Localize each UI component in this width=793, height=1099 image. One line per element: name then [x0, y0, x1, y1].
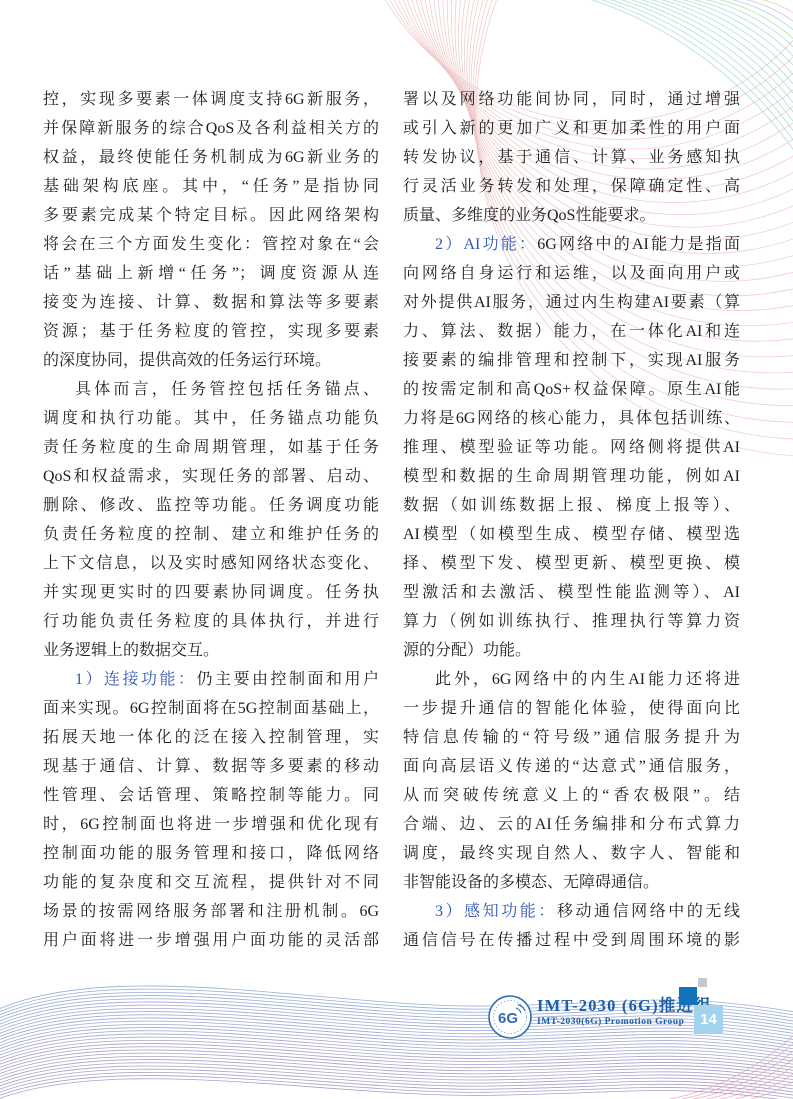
text-line: 数据（如训练数据上报、梯度上报等）、 [403, 491, 740, 520]
text-line: 的深度协同，提供高效的任务运行环境。 [43, 346, 379, 375]
text-line: 型激活和去激活、模型性能监测等）、AI [403, 578, 740, 607]
text-line: 模型和数据的生命周期管理功能，例如AI [403, 462, 740, 491]
section-heading-text: 3）感知功能： [435, 903, 557, 920]
section-heading-text: 2）AI功能： [435, 236, 537, 253]
text-line: 并保障新服务的综合QoS及各利益相关方的 [43, 114, 379, 143]
text-line: 从而突破传统意义上的“香农极限”。结 [403, 781, 740, 810]
text-line: 质量、多维度的业务QoS性能要求。 [403, 201, 740, 230]
text-line: 性管理、会话管理、策略控制等能力。同 [43, 781, 379, 810]
text-line: 时，6G控制面也将进一步增强和优化现有 [43, 810, 379, 839]
gray-decor-square [698, 978, 707, 987]
text-line: 行灵活业务转发和处理，保障确定性、高 [403, 172, 740, 201]
text-line: 力将是6G网络的核心能力，具体包括训练、 [403, 404, 740, 433]
text-line: 用户面将进一步增强用户面功能的灵活部 [43, 926, 379, 955]
section-heading-text: 1）连接功能： [75, 671, 197, 688]
text-line: 署以及网络功能间协同，同时，通过增强 [403, 85, 740, 114]
right-text-column: 署以及网络功能间协同，同时，通过增强或引入新的更加广义和更加柔性的用户面转发协议… [403, 85, 740, 955]
text-line: 一步提升通信的智能化体验，使得面向比 [403, 694, 740, 723]
text-line: 接变为连接、计算、数据和算法等多要素 [43, 288, 379, 317]
text-line: 接要素的编排管理和控制下，实现AI服务 [403, 346, 740, 375]
text-line: 具体而言，任务管控包括任务锚点、 [43, 375, 379, 404]
page-number-badge: 14 [694, 1005, 723, 1034]
text-line: 源的分配）功能。 [403, 636, 740, 665]
text-line: 将会在三个方面发生变化：管控对象在“会 [43, 230, 379, 259]
text-line: 负责任务粒度的控制、建立和维护任务的 [43, 520, 379, 549]
text-line: 并实现更实时的四要素协同调度。任务执 [43, 578, 379, 607]
text-line: 调度，最终实现自然人、数字人、智能和 [403, 839, 740, 868]
text-line: 责任务粒度的生命周期管理，如基于任务 [43, 433, 379, 462]
text-line: 面来实现。6G控制面将在5G控制面基础上， [43, 694, 379, 723]
text-line: 控制面功能的服务管理和接口，降低网络 [43, 839, 379, 868]
text-line: 业务逻辑上的数据交互。 [43, 636, 379, 665]
paragraph-heading-line: 1）连接功能：仍主要由控制面和用户 [43, 665, 379, 694]
logo-6g-text: 6G [498, 1010, 518, 1027]
text-line: 多要素完成某个特定目标。因此网络架构 [43, 201, 379, 230]
text-line: 力、算法、数据）能力，在一体化AI和连 [403, 317, 740, 346]
document-page: 控，实现多要素一体调度支持6G新服务，并保障新服务的综合QoS及各利益相关方的权… [0, 0, 793, 1099]
text-line: 算力（例如训练执行、推理执行等算力资 [403, 607, 740, 636]
text-line: 现基于通信、计算、数据等多要素的移动 [43, 752, 379, 781]
text-line: 拓展天地一体化的泛在接入控制管理，实 [43, 723, 379, 752]
imt-2030-6g-logo-icon: 6G [487, 994, 533, 1040]
text-line: 面向高层语义传递的“达意式”通信服务， [403, 752, 740, 781]
text-line: 资源；基于任务粒度的管控，实现多要素 [43, 317, 379, 346]
text-line: 推理、模型验证等功能。网络侧将提供AI [403, 433, 740, 462]
text-line: 场景的按需网络服务部署和注册机制。6G [43, 897, 379, 926]
text-line: 或引入新的更加广义和更加柔性的用户面 [403, 114, 740, 143]
organization-name-english: IMT-2030(6G) Promotion Group [537, 1016, 712, 1029]
text-line: 此外，6G网络中的内生AI能力还将进 [403, 665, 740, 694]
text-line: 权益，最终使能任务机制成为6G新业务的 [43, 143, 379, 172]
text-line: 调度和执行功能。其中，任务锚点功能负 [43, 404, 379, 433]
text-line: 转发协议，基于通信、计算、业务感知执 [403, 143, 740, 172]
text-line: 对外提供AI服务，通过内生构建AI要素（算 [403, 288, 740, 317]
text-line: 向网络自身运行和运维，以及面向用户或 [403, 259, 740, 288]
text-line: 特信息传输的“符号级”通信服务提升为 [403, 723, 740, 752]
text-line: QoS和权益需求，实现任务的部署、启动、 [43, 462, 379, 491]
text-line: 控，实现多要素一体调度支持6G新服务， [43, 85, 379, 114]
text-line: 上下文信息，以及实时感知网络状态变化、 [43, 549, 379, 578]
text-line: AI模型（如模型生成、模型存储、模型选 [403, 520, 740, 549]
paragraph-heading-line: 3）感知功能：移动通信网络中的无线 [403, 897, 740, 926]
text-line: 非智能设备的多模态、无障碍通信。 [403, 868, 740, 897]
text-line: 择、模型下发、模型更新、模型更换、模 [403, 549, 740, 578]
text-line: 功能的复杂度和交互流程，提供针对不同 [43, 868, 379, 897]
text-line: 通信信号在传播过程中受到周围环境的影 [403, 926, 740, 955]
organization-name-chinese: IMT-2030 (6G)推进组 [537, 996, 712, 1016]
text-line: 删除、修改、监控等功能。任务调度功能 [43, 491, 379, 520]
text-line: 话”基础上新增“任务”；调度资源从连 [43, 259, 379, 288]
paragraph-heading-line: 2）AI功能：6G网络中的AI能力是指面 [403, 230, 740, 259]
text-line: 基础架构底座。其中，“任务”是指协同 [43, 172, 379, 201]
blue-decor-square [679, 987, 697, 1005]
left-text-column: 控，实现多要素一体调度支持6G新服务，并保障新服务的综合QoS及各利益相关方的权… [43, 85, 379, 955]
text-line: 行功能负责任务粒度的具体执行，并进行 [43, 607, 379, 636]
text-line: 的按需定制和高QoS+权益保障。原生AI能 [403, 375, 740, 404]
text-line: 合端、边、云的AI任务编排和分布式算力 [403, 810, 740, 839]
organization-name: IMT-2030 (6G)推进组 IMT-2030(6G) Promotion … [537, 996, 712, 1029]
